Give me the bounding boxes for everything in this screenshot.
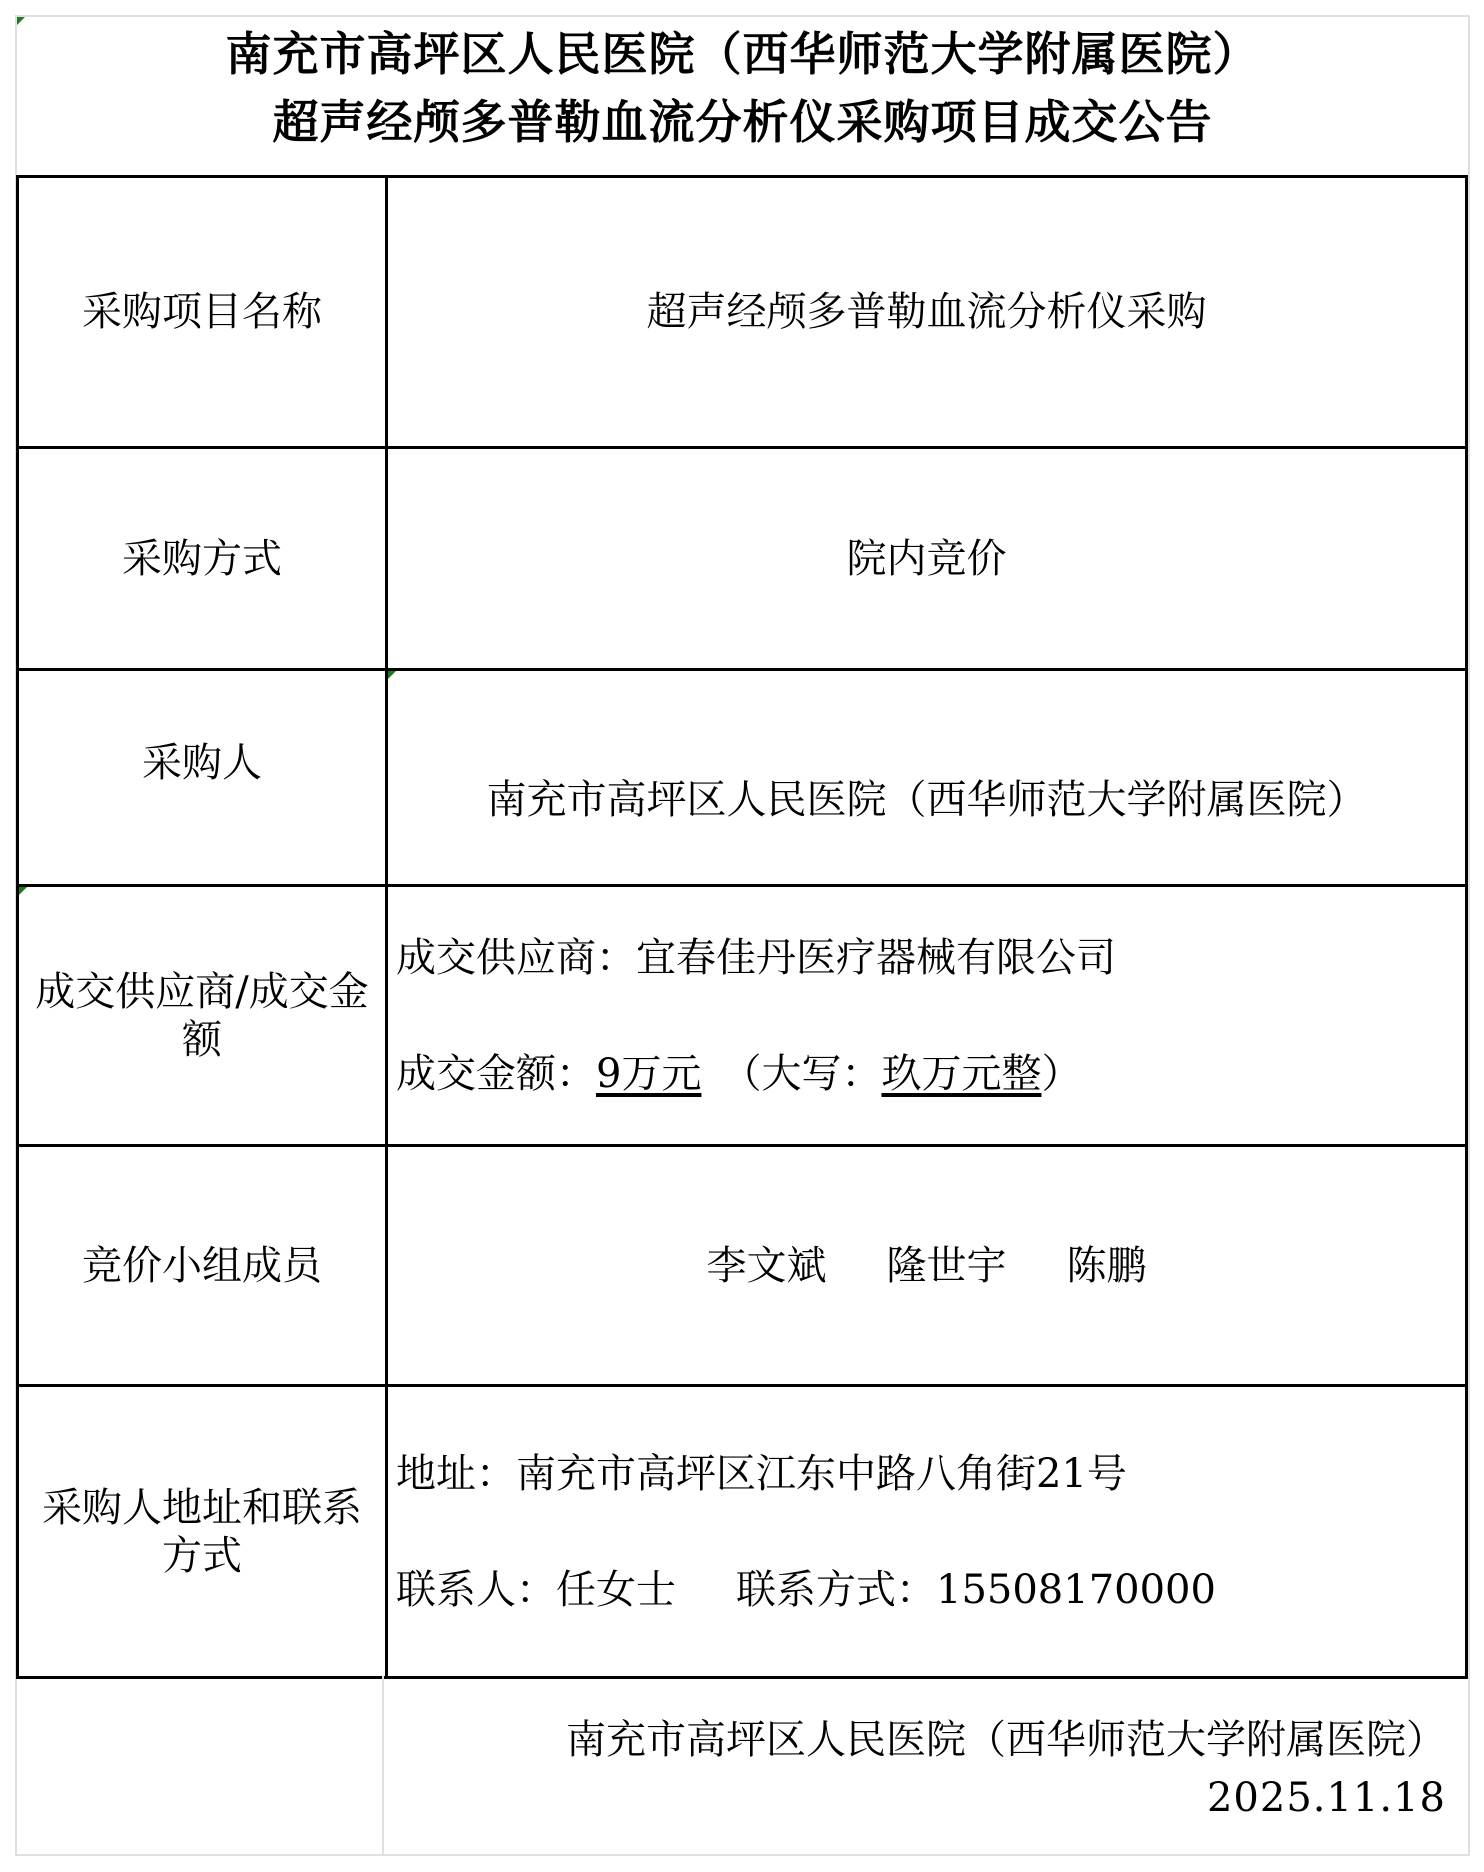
label-contact-text: 采购人地址和联系方式 [37,1484,367,1580]
address-line: 地址：南充市高坪区江东中路八角街21号 [388,1450,1465,1498]
cell-comment-marker-icon [19,887,27,895]
value-purchaser-text: 南充市高坪区人民医院（西华师范大学附属医院） [487,777,1367,823]
amount-prefix: 成交金额： [396,1051,596,1097]
value-project-name: 超声经颅多普勒血流分析仪采购 [387,177,1467,448]
phone-prefix: 联系方式： [736,1567,936,1613]
cell-comment-marker-icon [388,671,396,679]
table-row-contact: 采购人地址和联系方式 地址：南充市高坪区江东中路八角街21号 联系人：任女士联系… [18,1386,1467,1678]
phone-value: 15508170000 [936,1567,1216,1613]
label-contact: 采购人地址和联系方式 [18,1386,387,1678]
announcement-table: 采购项目名称 超声经颅多普勒血流分析仪采购 采购方式 院内竞价 采购人 南充市高… [16,175,1468,1679]
label-procurement-method: 采购方式 [18,448,387,670]
label-project-name: 采购项目名称 [18,177,387,448]
label-bidding-panel: 竞价小组成员 [18,1146,387,1386]
value-contact: 地址：南充市高坪区江东中路八角街21号 联系人：任女士联系方式：15508170… [387,1386,1467,1678]
cell-comment-marker-icon [17,17,25,25]
amount-upper-value: 玖万元整 [881,1051,1041,1097]
supplier-line: 成交供应商：宜春佳丹医疗器械有限公司 [388,934,1465,982]
panel-member: 陈鹏 [1067,1243,1147,1289]
value-purchaser: 南充市高坪区人民医院（西华师范大学附属医院） [387,670,1467,886]
table-row-bidding-panel: 竞价小组成员 李文斌隆世宇陈鹏 [18,1146,1467,1386]
table-row-supplier-amount: 成交供应商/成交金额 成交供应商：宜春佳丹医疗器械有限公司 成交金额：9万元（大… [18,886,1467,1146]
contact-line: 联系人：任女士联系方式：15508170000 [388,1566,1465,1614]
table-row-purchaser: 采购人 南充市高坪区人民医院（西华师范大学附属医院） [18,670,1467,886]
value-supplier-amount: 成交供应商：宜春佳丹医疗器械有限公司 成交金额：9万元（大写：玖万元整） [387,886,1467,1146]
panel-member: 李文斌 [707,1243,827,1289]
address-prefix: 地址： [396,1451,516,1497]
footer-divider [382,1676,384,1856]
label-supplier-amount: 成交供应商/成交金额 [18,886,387,1146]
signature-footer: 南充市高坪区人民医院（西华师范大学附属医院） 2025.11.18 [16,1676,1468,1856]
amount-upper-prefix: （大写： [721,1051,881,1097]
label-purchaser: 采购人 [18,670,387,886]
contact-person-prefix: 联系人： [396,1567,556,1613]
footer-organization: 南充市高坪区人民医院（西华师范大学附属医院） [566,1716,1446,1764]
panel-member: 隆世宇 [887,1243,1007,1289]
announcement-title-line2: 超声经颅多普勒血流分析仪采购项目成交公告 [15,94,1470,150]
footer-date: 2025.11.18 [1207,1774,1446,1822]
value-procurement-method: 院内竞价 [387,448,1467,670]
supplier-name: 宜春佳丹医疗器械有限公司 [636,935,1116,981]
value-bidding-panel: 李文斌隆世宇陈鹏 [387,1146,1467,1386]
table-row-project-name: 采购项目名称 超声经颅多普勒血流分析仪采购 [18,177,1467,448]
label-supplier-amount-text: 成交供应商/成交金额 [27,968,377,1064]
contact-person-value: 任女士 [556,1567,676,1613]
address-value: 南充市高坪区江东中路八角街21号 [516,1451,1127,1497]
amount-upper-suffix: ） [1041,1051,1081,1097]
announcement-title-line1: 南充市高坪区人民医院（西华师范大学附属医院） [15,26,1470,82]
table-row-procurement-method: 采购方式 院内竞价 [18,448,1467,670]
amount-value: 9万元 [596,1051,701,1097]
label-purchaser-text: 采购人 [142,740,262,786]
amount-line: 成交金额：9万元（大写：玖万元整） [388,1050,1465,1098]
supplier-prefix: 成交供应商： [396,935,636,981]
